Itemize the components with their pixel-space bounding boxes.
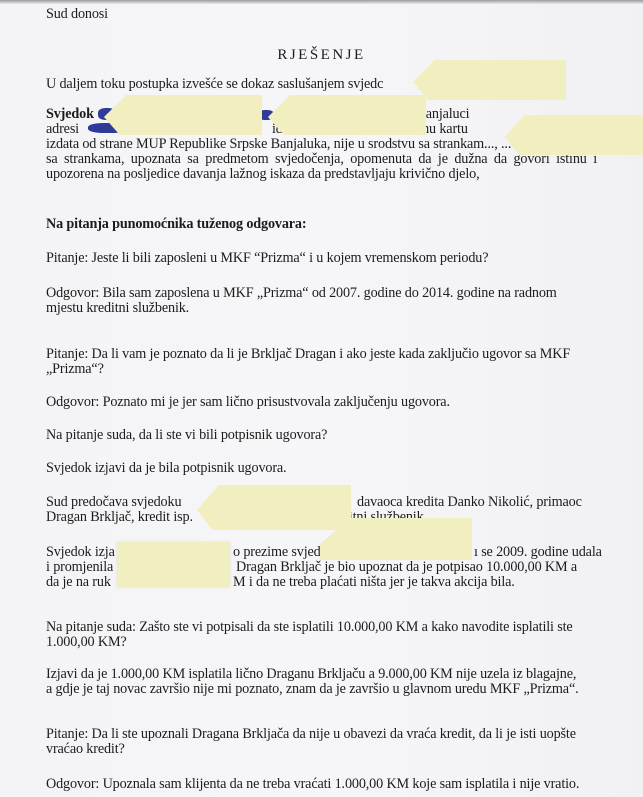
paragraph-fragment: davaoca kredita Danko Nikolić, primaoc — [357, 494, 582, 510]
sticky-note-redaction — [117, 542, 230, 587]
question-line: 1.000,00 KM? — [46, 634, 127, 650]
paragraph-fragment: M i da ne treba plaćati ništa jer je tak… — [233, 574, 515, 590]
answer-line: Odgovor: Bila sam zaposlena u MKF „Prizm… — [46, 285, 557, 301]
question-line: Pitanje: Da li vam je poznato da li je B… — [46, 346, 570, 362]
paragraph-line: upozorena na posljedice davanja lažnog i… — [46, 166, 479, 182]
paragraph-line: U daljem toku postupka izvešće se dokaz … — [46, 76, 383, 92]
paragraph-fragment: i promjenila — [46, 559, 113, 575]
paragraph-line: sa strankama, upoznata sa predmetom svje… — [46, 151, 597, 167]
question-line: Na pitanje suda, da li ste vi bili potpi… — [46, 427, 327, 443]
intro-text: Sud donosi — [46, 6, 108, 22]
statement-line: Svjedok izjavi da je bila potpisnik ugov… — [46, 460, 286, 476]
sticky-note-redaction — [413, 60, 566, 100]
answer-line: Odgovor: Upoznala sam klijenta da ne tre… — [46, 776, 579, 792]
paragraph-fragment: Dragan Brkljač je bio upoznat da je potp… — [236, 559, 577, 575]
sticky-note-redaction — [268, 95, 426, 135]
question-line: „Prizma“? — [46, 361, 104, 377]
sticky-note-redaction — [104, 95, 262, 135]
paragraph-fragment: da je na ruk — [46, 574, 111, 590]
question-line: Na pitanje suda: Zašto ste vi potpisali … — [46, 619, 573, 635]
answer-line: Odgovor: Poznato mi je jer sam lično pri… — [46, 394, 450, 410]
question-line: vraćao kredit? — [46, 741, 125, 757]
document-page: Sud donosi RJEŠENJE U daljem toku postup… — [0, 0, 643, 797]
scan-top-edge — [0, 0, 643, 4]
paragraph-fragment: ı se 2009. godine udala — [474, 544, 602, 560]
question-line: Pitanje: Da li ste upoznali Dragana Brkl… — [46, 726, 576, 742]
paragraph-line: izdata od strane MUP Republike Srpske Ba… — [46, 136, 511, 152]
witness-label: Svjedok — [46, 106, 94, 122]
section-heading: Na pitanja punomoćnika tuženog odgovara: — [46, 216, 306, 232]
paragraph-fragment: Sud predočava svjedoku — [46, 494, 181, 510]
statement-line: Izjavi da je 1.000,00 KM isplatila lično… — [46, 666, 576, 682]
paragraph-fragment: Dragan Brkljač, kredit isp. — [46, 509, 193, 525]
question-line: Pitanje: Jeste li bili zaposleni u MKF “… — [46, 250, 488, 266]
paragraph-fragment: adresi — [46, 121, 79, 137]
paragraph-fragment: Svjedok izja — [46, 544, 115, 560]
answer-line: mjestu kreditni službenik. — [46, 300, 189, 316]
paragraph-fragment: o prezime svjedc — [233, 544, 327, 560]
statement-line: a gdje je taj novac završio nije mi pozn… — [46, 681, 579, 697]
sticky-note-redaction — [505, 115, 643, 155]
sticky-note-redaction — [197, 485, 351, 530]
